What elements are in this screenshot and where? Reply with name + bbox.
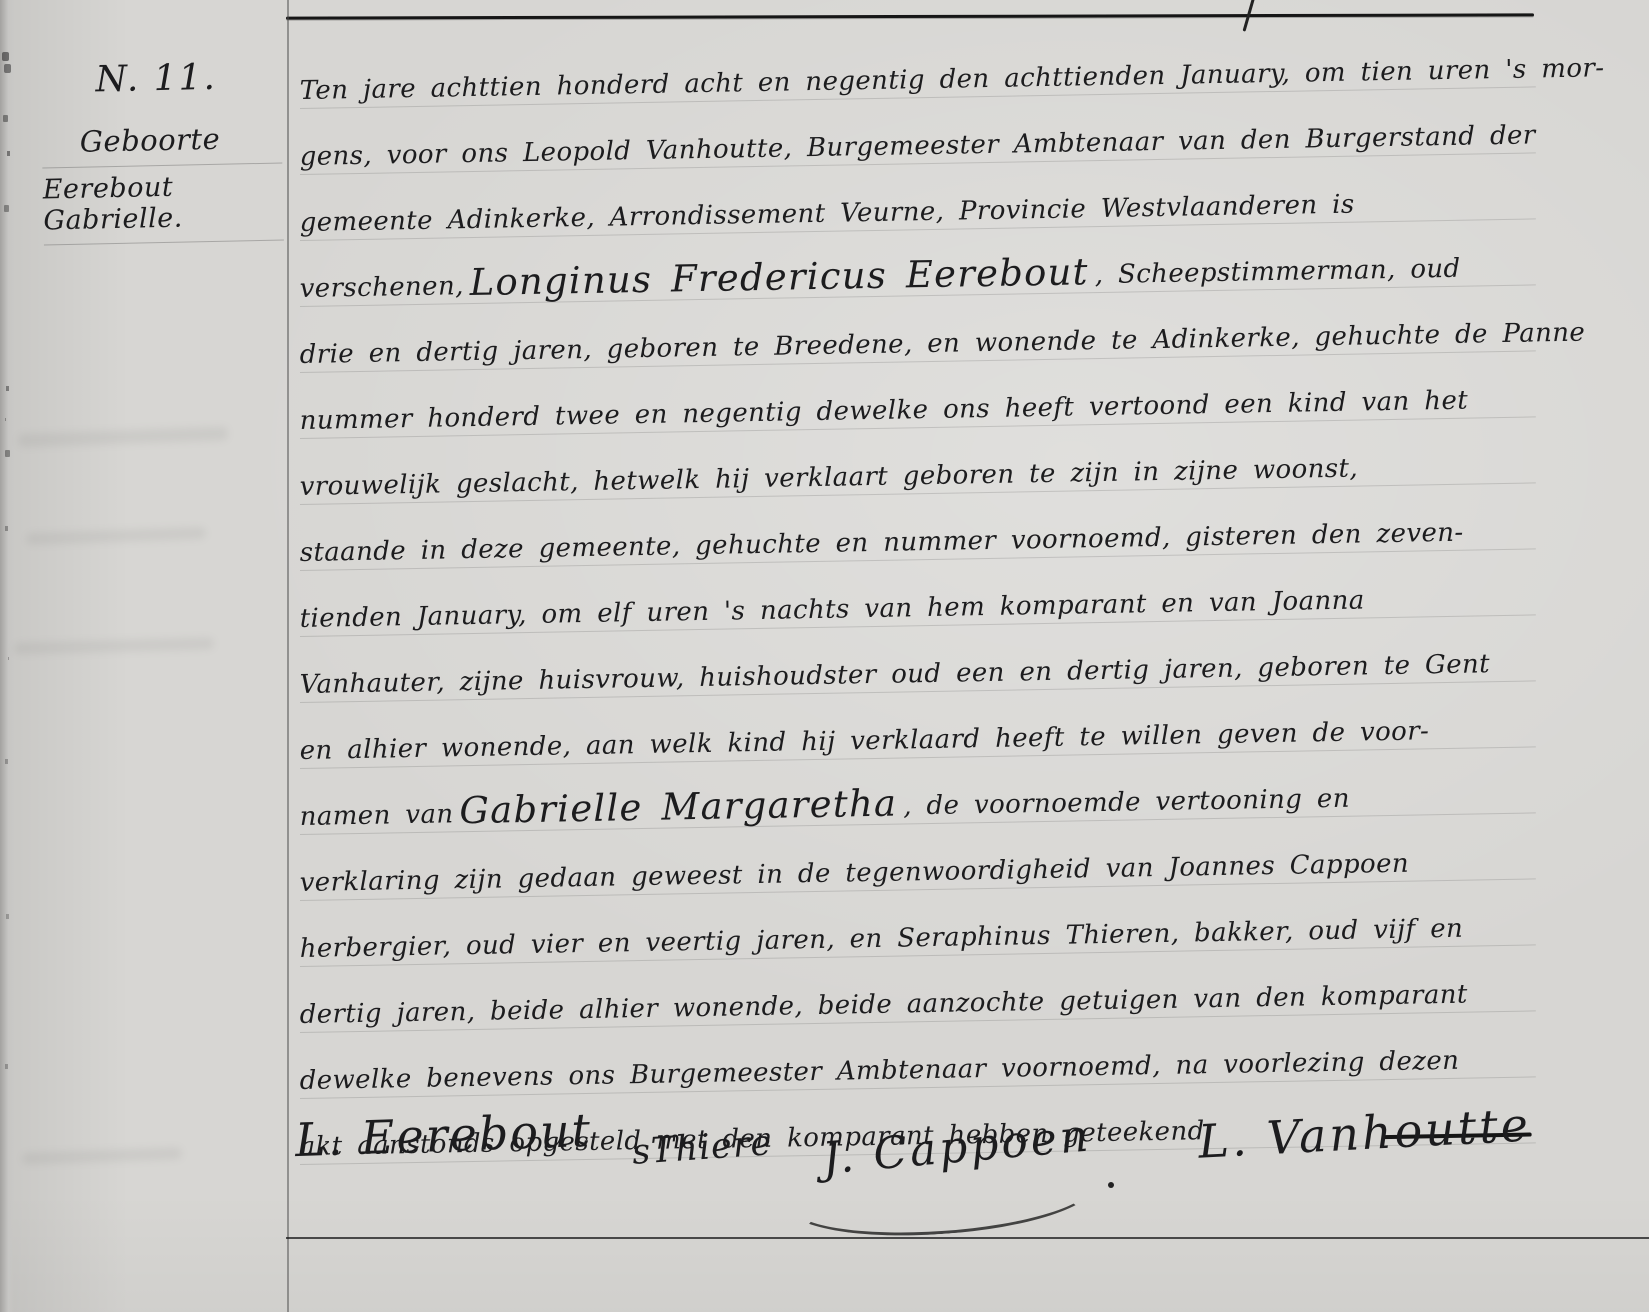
line-text: namen van: [299, 799, 453, 832]
signature-witness-thieren: sThiere: [631, 1123, 774, 1173]
emphasized-child-name: Gabrielle Margaretha: [453, 784, 903, 829]
bleedthrough-smudge: [18, 426, 228, 447]
line-text: , de voornoemde vertooning en: [903, 784, 1350, 822]
bleedthrough-smudge: [14, 637, 214, 654]
record-number: N. 11.: [40, 56, 281, 102]
line-text: , Scheepstimmerman, oud: [1094, 254, 1460, 290]
act-body-text: Ten jare achttien honderd acht en negent…: [300, 43, 1536, 1165]
signature-father-eerebout: L. Eerebout: [294, 1103, 593, 1167]
act-name-label: Eerebout Gabrielle.: [42, 163, 284, 245]
scan-artifact: [2, 52, 9, 61]
act-type-label: Geboorte: [41, 114, 282, 168]
line-text: verschenen,: [299, 271, 464, 304]
top-horizontal-rule: [286, 13, 1534, 19]
bleedthrough-smudge: [26, 527, 206, 545]
margin-divider-line: [287, 0, 289, 1312]
ink-dot: [1108, 1182, 1114, 1188]
scanned-birth-record: { "page": { "colors": { "paper": "#d7d6d…: [0, 0, 1649, 1312]
margin-column: N. 11. Geboorte Eerebout Gabrielle.: [40, 56, 284, 246]
bleedthrough-smudge: [22, 1147, 182, 1165]
bottom-horizontal-rule: [286, 1237, 1649, 1239]
scan-left-edge: [0, 0, 14, 1312]
